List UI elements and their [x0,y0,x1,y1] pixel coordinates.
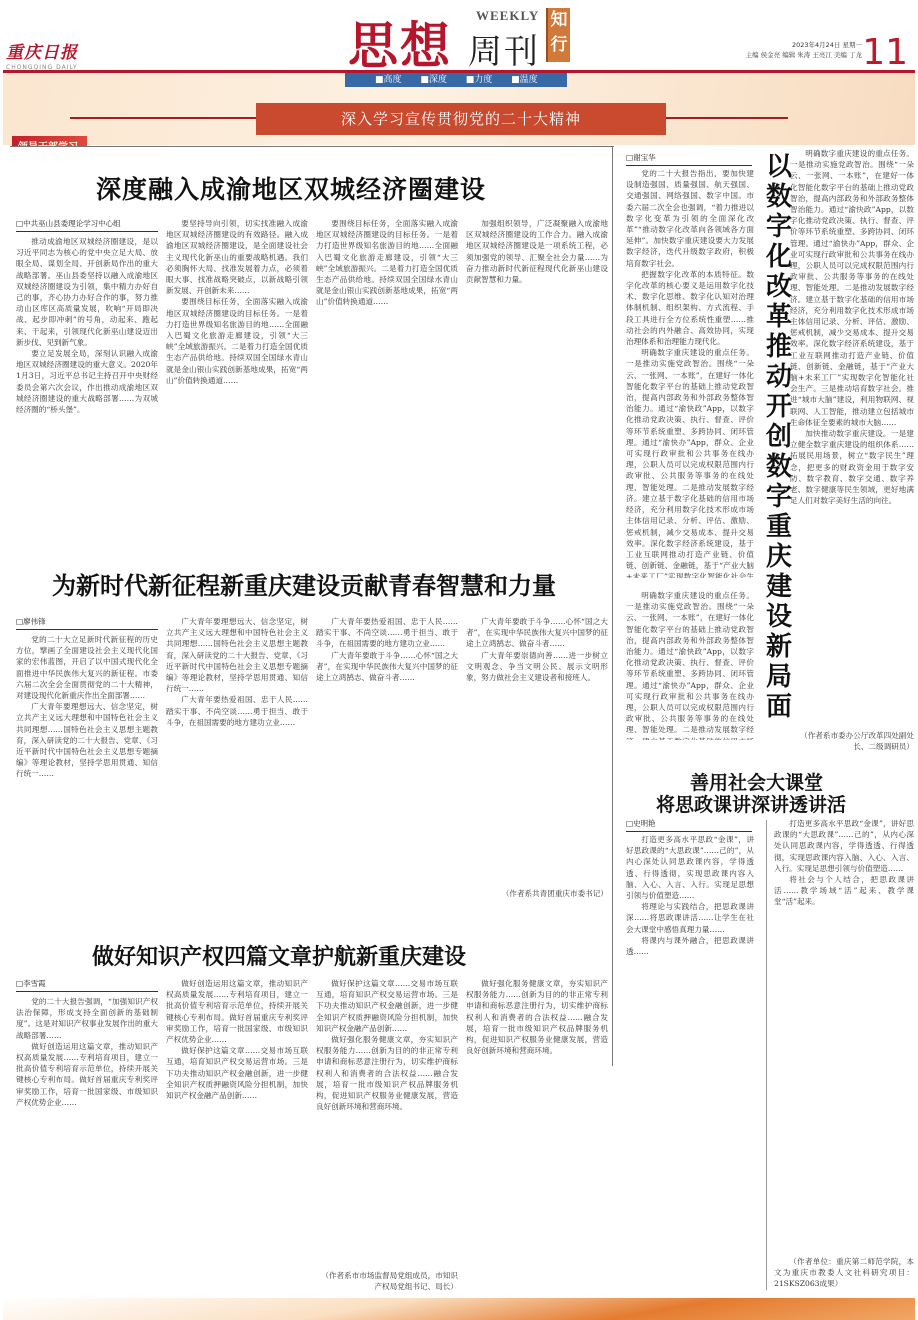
article-byline: □史明艳 [626,818,752,832]
section-subtitle: 周刊 [468,24,540,73]
article-body-column: 党的二十大报告指出，要加快建设制造强国、质量强国、航天强国、交通强国、网络强国、… [626,168,754,578]
tag-item: ■力度 [466,75,493,85]
article-body-column: 广大青年要热爱祖国、忠于人民……踏实干事、不尚空谈……勇于担当、敢于斗争，在祖国… [316,616,458,914]
article-body-column: 做好保护这篇文章……交易市场互联互通，培育知识产权交易运营市场。三是下功夫推动知… [316,978,458,1268]
paragraph: 党的二十大报告指出，要加快建设制造强国、质量强国、航天强国、交通强国、网络强国、… [626,168,754,269]
article-byline: □中共巫山县委理论学习中心组 [16,218,158,232]
paragraph: 要立足发展全局，深刻认识融入成渝地区双城经济圈建设的重大意义。2020年1月3日… [16,348,158,415]
article-headline[interactable]: 深度融入成渝地区双城经济圈建设 [96,170,486,206]
paragraph: 做好创造运用这篇文章，推动知识产权高质量发展……专利培育项目，建立一批高价值专利… [166,978,308,1045]
column-rule [766,820,767,1290]
paragraph: 党的二十大立足新时代新征程的历史方位，擘画了全面建设社会主义现代化国家的宏伟蓝图… [16,634,158,701]
author-note: （作者系共青团重庆市委书记） [466,888,608,902]
author-note: （作者系市委办公厅改革四处副处长、二级调研员） [790,730,914,756]
frame-rule [10,146,614,147]
weekly-label: WEEKLY [476,8,539,24]
article-headline-line-2[interactable]: 将思政课讲深讲透讲活 [656,790,846,817]
paragraph: 做好保护这篇文章……交易市场互联互通，培育知识产权交易运营市场。三是下功夫推动知… [316,978,458,1034]
article-body-column: 党的二十大报告强调，“加强知识产权法治保障，形成支持全面创新的基础制度”。这是对… [16,996,158,1296]
footer-band [3,1298,915,1320]
paragraph: 打造更多高水平思政“金课”，讲好思政课的“大思政课”……己的”，从内心深处认同思… [774,818,914,874]
paragraph: 加强组织领导，广泛凝聚融入成渝地区双城经济圈建设的工作合力。融入成渝地区双城经济… [466,218,608,285]
side-tag: 知行 [546,8,570,62]
tag-item: ■高度 [375,75,402,85]
tag-bar: ■高度 ■深度 ■力度 ■温度 [345,73,567,87]
author-note: （作者单位：重庆第二师范学院，本文为重庆市教委人文社科研究项目：21SKSZ06… [774,1256,914,1292]
paragraph: 明确数字重庆建设的重点任务。一是推动实施党政智治。围绕“一朵云、一张网、一本账”… [790,148,914,428]
paragraph: 广大青年要热爱祖国、忠于人民……踏实干事、不尚空谈……勇于担当、敢于斗争，在祖国… [316,616,458,650]
theme-banner: 深入学习宣传贯彻党的二十大精神 [256,103,666,135]
paragraph: 打造更多高水平思政“金课”，讲好思政课的“大思政课”……己的”，从内心深处认同思… [626,834,754,901]
theme-line-right [662,117,788,119]
article-body-column: 明确数字重庆建设的重点任务。一是推动实施党政智治。围绕“一朵云、一张网、一本账”… [790,148,914,728]
tag-item: ■深度 [420,75,447,85]
theme-line-left [70,117,260,119]
article-body-column: 要围绕目标任务，全面落实融入成渝地区双城经济圈建设的目标任务。一是着力打造世界级… [316,218,458,536]
author-note: （作者系市市场监督局党组成员，市知识产权局党组书记、局长） [316,1270,458,1296]
article-byline: □谢宝华 [626,152,752,166]
article-body-column: 党的二十大立足新时代新征程的历史方位，擘画了全面建设社会主义现代化国家的宏伟蓝图… [16,634,158,914]
article-body-column: 推动成渝地区双城经济圈建设，是以习近平同志为核心的党中央立足大局、放眼全局、谋划… [16,236,158,536]
page-number: 11 [862,32,908,73]
paragraph: 要坚持导向引领，切实找准融入成渝地区双城经济圈建设的有效路径。融入成渝地区双城经… [166,218,308,296]
section-title: 思想 [348,6,452,78]
paragraph: 广大青年要敢于斗争……心怀“国之大者”，在实现中华民族伟大复兴中国梦的征途上立鸿… [466,616,608,650]
article-body-column: 要坚持导向引领，切实找准融入成渝地区双城经济圈建设的有效路径。融入成渝地区双城经… [166,218,308,536]
paragraph: 加快推动数字重庆建设。一是建立健全数字重庆建设的组织体系……拓展民用场景，树立“… [790,428,914,506]
tag-item: ■温度 [511,75,538,85]
article-body-column: 广大青年要敢于斗争……心怀“国之大者”，在实现中华民族伟大复兴中国梦的征途上立鸿… [466,616,608,886]
article-body-column: 明确数字重庆建设的重点任务。一是推动实施党政智治。围绕“一朵云、一张网、一本账”… [626,590,754,740]
article-headline[interactable]: 为新时代新征程新重庆建设贡献青春智慧和力量 [52,566,556,601]
logo-chinese: 重庆日报 [6,38,78,63]
paragraph: 将社会与个人结合，把思政课讲活……教学场域“活”起来、教学课堂“活”起来。 [774,874,914,908]
paragraph: 做好强化服务健康文章，夯实知识产权服务能力……创新为目的的非正常专利申请和商标恶… [316,1034,458,1112]
paragraph: 明确数字重庆建设的重点任务。一是推动实施党政智治。围绕“一朵云、一张网、一本账”… [626,347,754,578]
paragraph: 把握数字化改革的本质特征。数字化改革的核心要义是运用数字化技术、数字化思维、数字… [626,269,754,347]
paragraph: 广大青年要理想远大、信念坚定，树立共产主义远大理想和中国特色社会主义共同理想……… [16,701,158,779]
paragraph: 党的二十大报告强调，“加强知识产权法治保障，形成支持全面创新的基础制度”。这是对… [16,996,158,1041]
article-byline: □李雪霞 [16,978,158,992]
article-body-column: 做好强化服务健康文章，夯实知识产权服务能力……创新为目的的非正常专利申请和商标恶… [466,978,608,1296]
paragraph: 做好强化服务健康文章，夯实知识产权服务能力……创新为目的的非正常专利申请和商标恶… [466,978,608,1056]
paragraph: 广大青年要理想远大、信念坚定，树立共产主义远大理想和中国特色社会主义共同理想……… [166,616,308,694]
paragraph: 要围绕目标任务，全面落实融入成渝地区双城经济圈建设的目标任务。一是着力打造世界级… [166,296,308,386]
article-headline[interactable]: 做好知识产权四篇文章护航新重庆建设 [92,940,466,971]
paragraph: 做好保护这篇文章……交易市场互联互通，培育知识产权交易运营市场。三是下功夫推动知… [166,1045,308,1101]
article-body-column: 广大青年要理想远大、信念坚定，树立共产主义远大理想和中国特色社会主义共同理想……… [166,616,308,914]
masthead: 重庆日报 CHONGQING DAILY 思想 WEEKLY 周刊 知行 202… [0,0,918,70]
paragraph: 广大青年要敢于斗争……心怀“国之大者”，在实现中华民族伟大复兴中国梦的征途上立鸿… [316,650,458,684]
article-body-column: 做好创造运用这篇文章，推动知识产权高质量发展……专利培育项目，建立一批高价值专利… [166,978,308,1296]
paragraph: 将理论与实践结合，把思政课讲深……将思政课讲活……让学生在社会大课堂中感悟真理力… [626,901,754,935]
article-byline: □廖伟锋 [16,616,158,630]
paragraph: 广大青年要热爱祖国、忠于人民……踏实干事、不尚空谈……勇于担当、敢于斗争，在祖国… [166,694,308,728]
article-body-column: 打造更多高水平思政“金课”，讲好思政课的“大思政课”……己的”，从内心深处认同思… [626,834,754,1296]
article-body-column: 加强组织领导，广泛凝聚融入成渝地区双城经济圈建设的工作合力。融入成渝地区双城经济… [466,218,608,536]
paragraph: 要围绕目标任务，全面落实融入成渝地区双城经济圈建设的目标任务。一是着力打造世界级… [316,218,458,308]
paragraph: 明确数字重庆建设的重点任务。一是推动实施党政智治。围绕“一朵云、一张网、一本账”… [626,590,754,740]
paragraph: 广大青年要崇德向善……进一步树立文明观念、争当文明公民、展示文明形象，努力做社会… [466,650,608,684]
paragraph: 将课内与课外融合，把思政课讲透…… [626,935,754,957]
newspaper-logo[interactable]: 重庆日报 CHONGQING DAILY [6,38,78,71]
paragraph: 推动成渝地区双城经济圈建设，是以习近平同志为核心的党中央立足大局、放眼全局、谋划… [16,236,158,348]
paragraph: 做好创造运用这篇文章，推动知识产权高质量发展……专利培育项目，建立一批高价值专利… [16,1041,158,1108]
article-body-column: 打造更多高水平思政“金课”，讲好思政课的“大思政课”……己的”，从内心深处认同思… [774,818,914,1248]
frame-rule [612,146,613,1066]
